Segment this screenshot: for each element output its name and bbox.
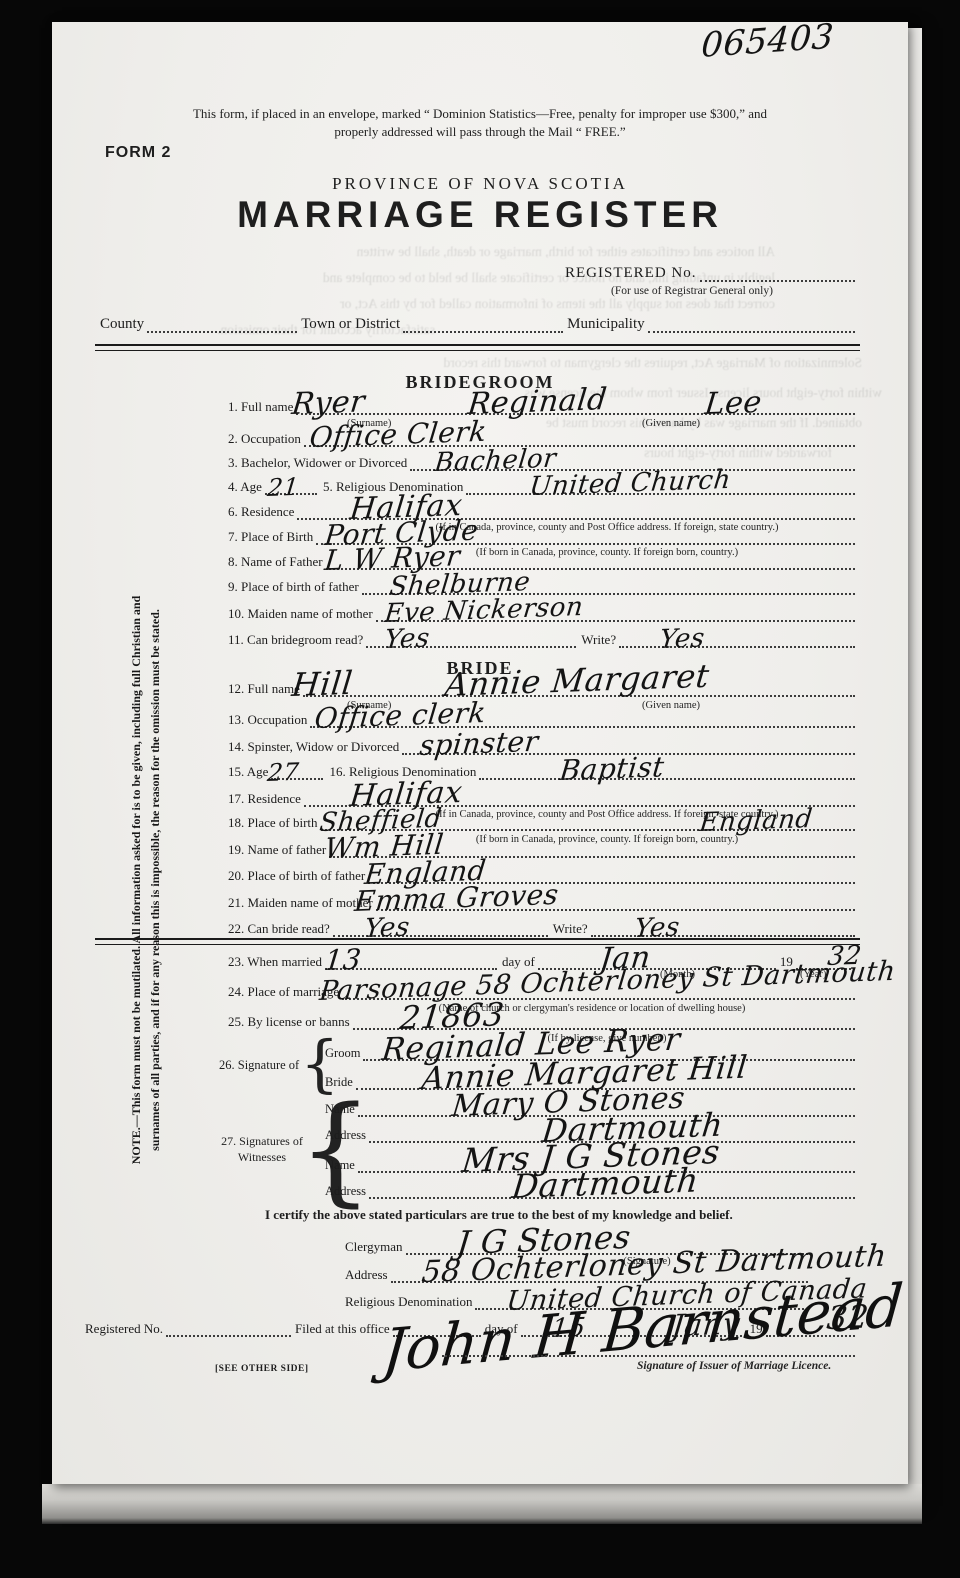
field-label: 7. Place of Birth bbox=[228, 529, 316, 545]
form-number: FORM 2 bbox=[105, 144, 171, 162]
certification-statement: I certify the above stated particulars a… bbox=[265, 1207, 733, 1223]
bleedthrough-text: correct that does not supply all the ite… bbox=[135, 296, 775, 312]
field-bride-mother: 21. Maiden name of mother Emma Groves bbox=[228, 896, 855, 911]
bleedthrough-text: All notices and certificates either for … bbox=[135, 244, 775, 260]
handwriting-surname: Hill bbox=[290, 664, 355, 704]
address-label: Address bbox=[345, 1267, 391, 1283]
registered-no-label: Registered No. bbox=[85, 1321, 166, 1337]
field-bride-birthplace: 18. Place of birth Sheffield England bbox=[228, 816, 855, 831]
write-label: Write? bbox=[576, 632, 619, 648]
handwriting-can-read: Yes bbox=[383, 623, 431, 655]
field-bridegroom-father: 8. Name of Father L W Ryer bbox=[228, 555, 855, 570]
handwriting-denomination: Baptist bbox=[558, 750, 666, 787]
handwriting-value: spinster bbox=[418, 725, 540, 762]
handwriting-can-write: Yes bbox=[658, 623, 706, 655]
handwriting-given-name: Lee bbox=[703, 385, 764, 422]
county-row: County Town or District Municipality bbox=[100, 318, 855, 333]
dotted-line bbox=[166, 1322, 291, 1337]
field-place-of-marriage: 24. Place of marriage Parsonage 58 Ochte… bbox=[228, 985, 855, 1000]
write-label: Write? bbox=[548, 921, 591, 937]
field-label: 11. Can bridegroom read? bbox=[228, 632, 366, 648]
field-label: 17. Residence bbox=[228, 791, 304, 807]
issuer-signature-caption: Signature of Issuer of Marriage Licence. bbox=[637, 1360, 831, 1372]
signature-of-label: 26. Signature of bbox=[219, 1058, 299, 1073]
field-label: 18. Place of birth bbox=[228, 815, 321, 831]
county-line bbox=[147, 318, 297, 333]
field-label: 20. Place of birth of father bbox=[228, 868, 368, 884]
field-label: 9. Place of birth of father bbox=[228, 579, 362, 595]
field-label: 19. Name of father bbox=[228, 842, 329, 858]
field-witness2-address: Address Dartmouth bbox=[325, 1184, 855, 1199]
registered-no-line bbox=[700, 267, 856, 282]
see-other-side-note: [SEE OTHER SIDE] bbox=[215, 1364, 309, 1374]
field-label: 14. Spinster, Widow or Divorced bbox=[228, 739, 402, 755]
field-bridegroom-fullname: 1. Full name Ryer Reginald Lee bbox=[228, 400, 855, 415]
town-district-label: Town or District bbox=[297, 316, 403, 333]
groom-label: Groom bbox=[325, 1046, 363, 1061]
field-bridegroom-literacy: 11. Can bridegroom read? Write? Yes Yes bbox=[228, 633, 855, 648]
field-label: 3. Bachelor, Widower or Divorced bbox=[228, 455, 410, 471]
mail-instruction-line2: properly addressed will pass through the… bbox=[52, 124, 908, 140]
margin-note-line2: surnames of all parties, and if for any … bbox=[146, 545, 165, 1215]
given-name-caption: (Given name) bbox=[642, 700, 700, 711]
section-divider bbox=[95, 938, 860, 945]
field-label: 6. Residence bbox=[228, 504, 297, 520]
dotted-line bbox=[591, 922, 855, 937]
handwriting-surname: Ryer bbox=[290, 384, 367, 422]
province-title: PROVINCE OF NOVA SCOTIA bbox=[52, 174, 908, 194]
field-label: 13. Occupation bbox=[228, 712, 310, 728]
field-bridegroom-age-denomination: 4. Age 5. Religious Denomination 21 Unit… bbox=[228, 480, 855, 495]
mail-instruction-line1: This form, if placed in an envelope, mar… bbox=[52, 106, 908, 122]
handwriting-age: 27 bbox=[266, 758, 300, 787]
dotted-line bbox=[619, 633, 855, 648]
field-label: 1. Full name bbox=[228, 399, 296, 415]
field-bridegroom-status: 3. Bachelor, Widower or Divorced Bachelo… bbox=[228, 456, 855, 471]
field-bride-father: 19. Name of father Wm Hill bbox=[228, 843, 855, 858]
field-bride-occupation: 13. Occupation Office clerk bbox=[228, 713, 855, 728]
filed-label: Filed at this office bbox=[291, 1321, 393, 1337]
registered-no-row: REGISTERED No. bbox=[565, 267, 855, 282]
bleedthrough-text: Solemnization of Marriage Act, requires … bbox=[302, 355, 862, 371]
handwriting-value: Emma Groves bbox=[353, 878, 560, 918]
handwriting-denomination: United Church bbox=[528, 465, 732, 502]
registered-no-label: REGISTERED No. bbox=[565, 265, 700, 282]
handwriting-day: 13 bbox=[323, 943, 363, 977]
town-district-line bbox=[403, 318, 563, 333]
denomination-label: Religious Denomination bbox=[345, 1294, 475, 1310]
field-label: 23. When married bbox=[228, 954, 325, 970]
address-label: Address bbox=[325, 1128, 369, 1143]
municipality-line bbox=[648, 318, 855, 333]
field-bride-fullname: 12. Full name Hill Annie Margaret bbox=[228, 682, 855, 697]
marriage-register-form: All notices and certificates either for … bbox=[52, 22, 908, 1484]
issuer-signature-line bbox=[442, 1342, 855, 1357]
field-bridegroom-birthplace: 7. Place of Birth Port Clyde bbox=[228, 530, 855, 545]
name-label: Name bbox=[325, 1158, 358, 1173]
given-name-caption: (Given name) bbox=[642, 418, 700, 429]
margin-note: NOTE.—This form must not be mutilated. A… bbox=[127, 545, 173, 1215]
dotted-line bbox=[479, 765, 855, 780]
field-bridegroom-residence: 6. Residence Halifax bbox=[228, 505, 855, 520]
field-label: 15. Age bbox=[228, 764, 271, 780]
handwriting-age: 21 bbox=[266, 473, 300, 502]
margin-note-line1: NOTE.—This form must not be mutilated. A… bbox=[127, 545, 146, 1215]
scan-background: { "misc": { "doc_number": "065403", "see… bbox=[0, 0, 960, 1578]
field-bride-age-denomination: 15. Age 16. Religious Denomination 27 Ba… bbox=[228, 765, 855, 780]
handwriting-value: England bbox=[698, 804, 814, 838]
name-label: Name bbox=[325, 1102, 358, 1117]
paper-stack-edge bbox=[42, 1484, 922, 1524]
county-label: County bbox=[100, 316, 147, 333]
document-number: 065403 bbox=[700, 16, 835, 66]
field-label: 10. Maiden name of mother bbox=[228, 606, 376, 622]
clergyman-label: Clergyman bbox=[345, 1239, 406, 1255]
registrar-only-note: (For use of Registrar General only) bbox=[572, 285, 812, 297]
field-label: 2. Occupation bbox=[228, 431, 304, 447]
witness2-address: Dartmouth bbox=[510, 1160, 701, 1206]
municipality-label: Municipality bbox=[563, 316, 648, 333]
field-bride-status: 14. Spinster, Widow or Divorced spinster bbox=[228, 740, 855, 755]
field-label: 22. Can bride read? bbox=[228, 921, 333, 937]
address-label: Address bbox=[325, 1184, 369, 1199]
form-title: MARRIAGE REGISTER bbox=[52, 194, 908, 236]
section-divider bbox=[95, 344, 860, 351]
field-bride-literacy: 22. Can bride read? Write? Yes Yes bbox=[228, 922, 855, 937]
field-bridegroom-mother: 10. Maiden name of mother Eve Nickerson bbox=[228, 607, 855, 622]
field-label: 8. Name of Father bbox=[228, 554, 326, 570]
field-label: 4. Age bbox=[228, 479, 265, 495]
